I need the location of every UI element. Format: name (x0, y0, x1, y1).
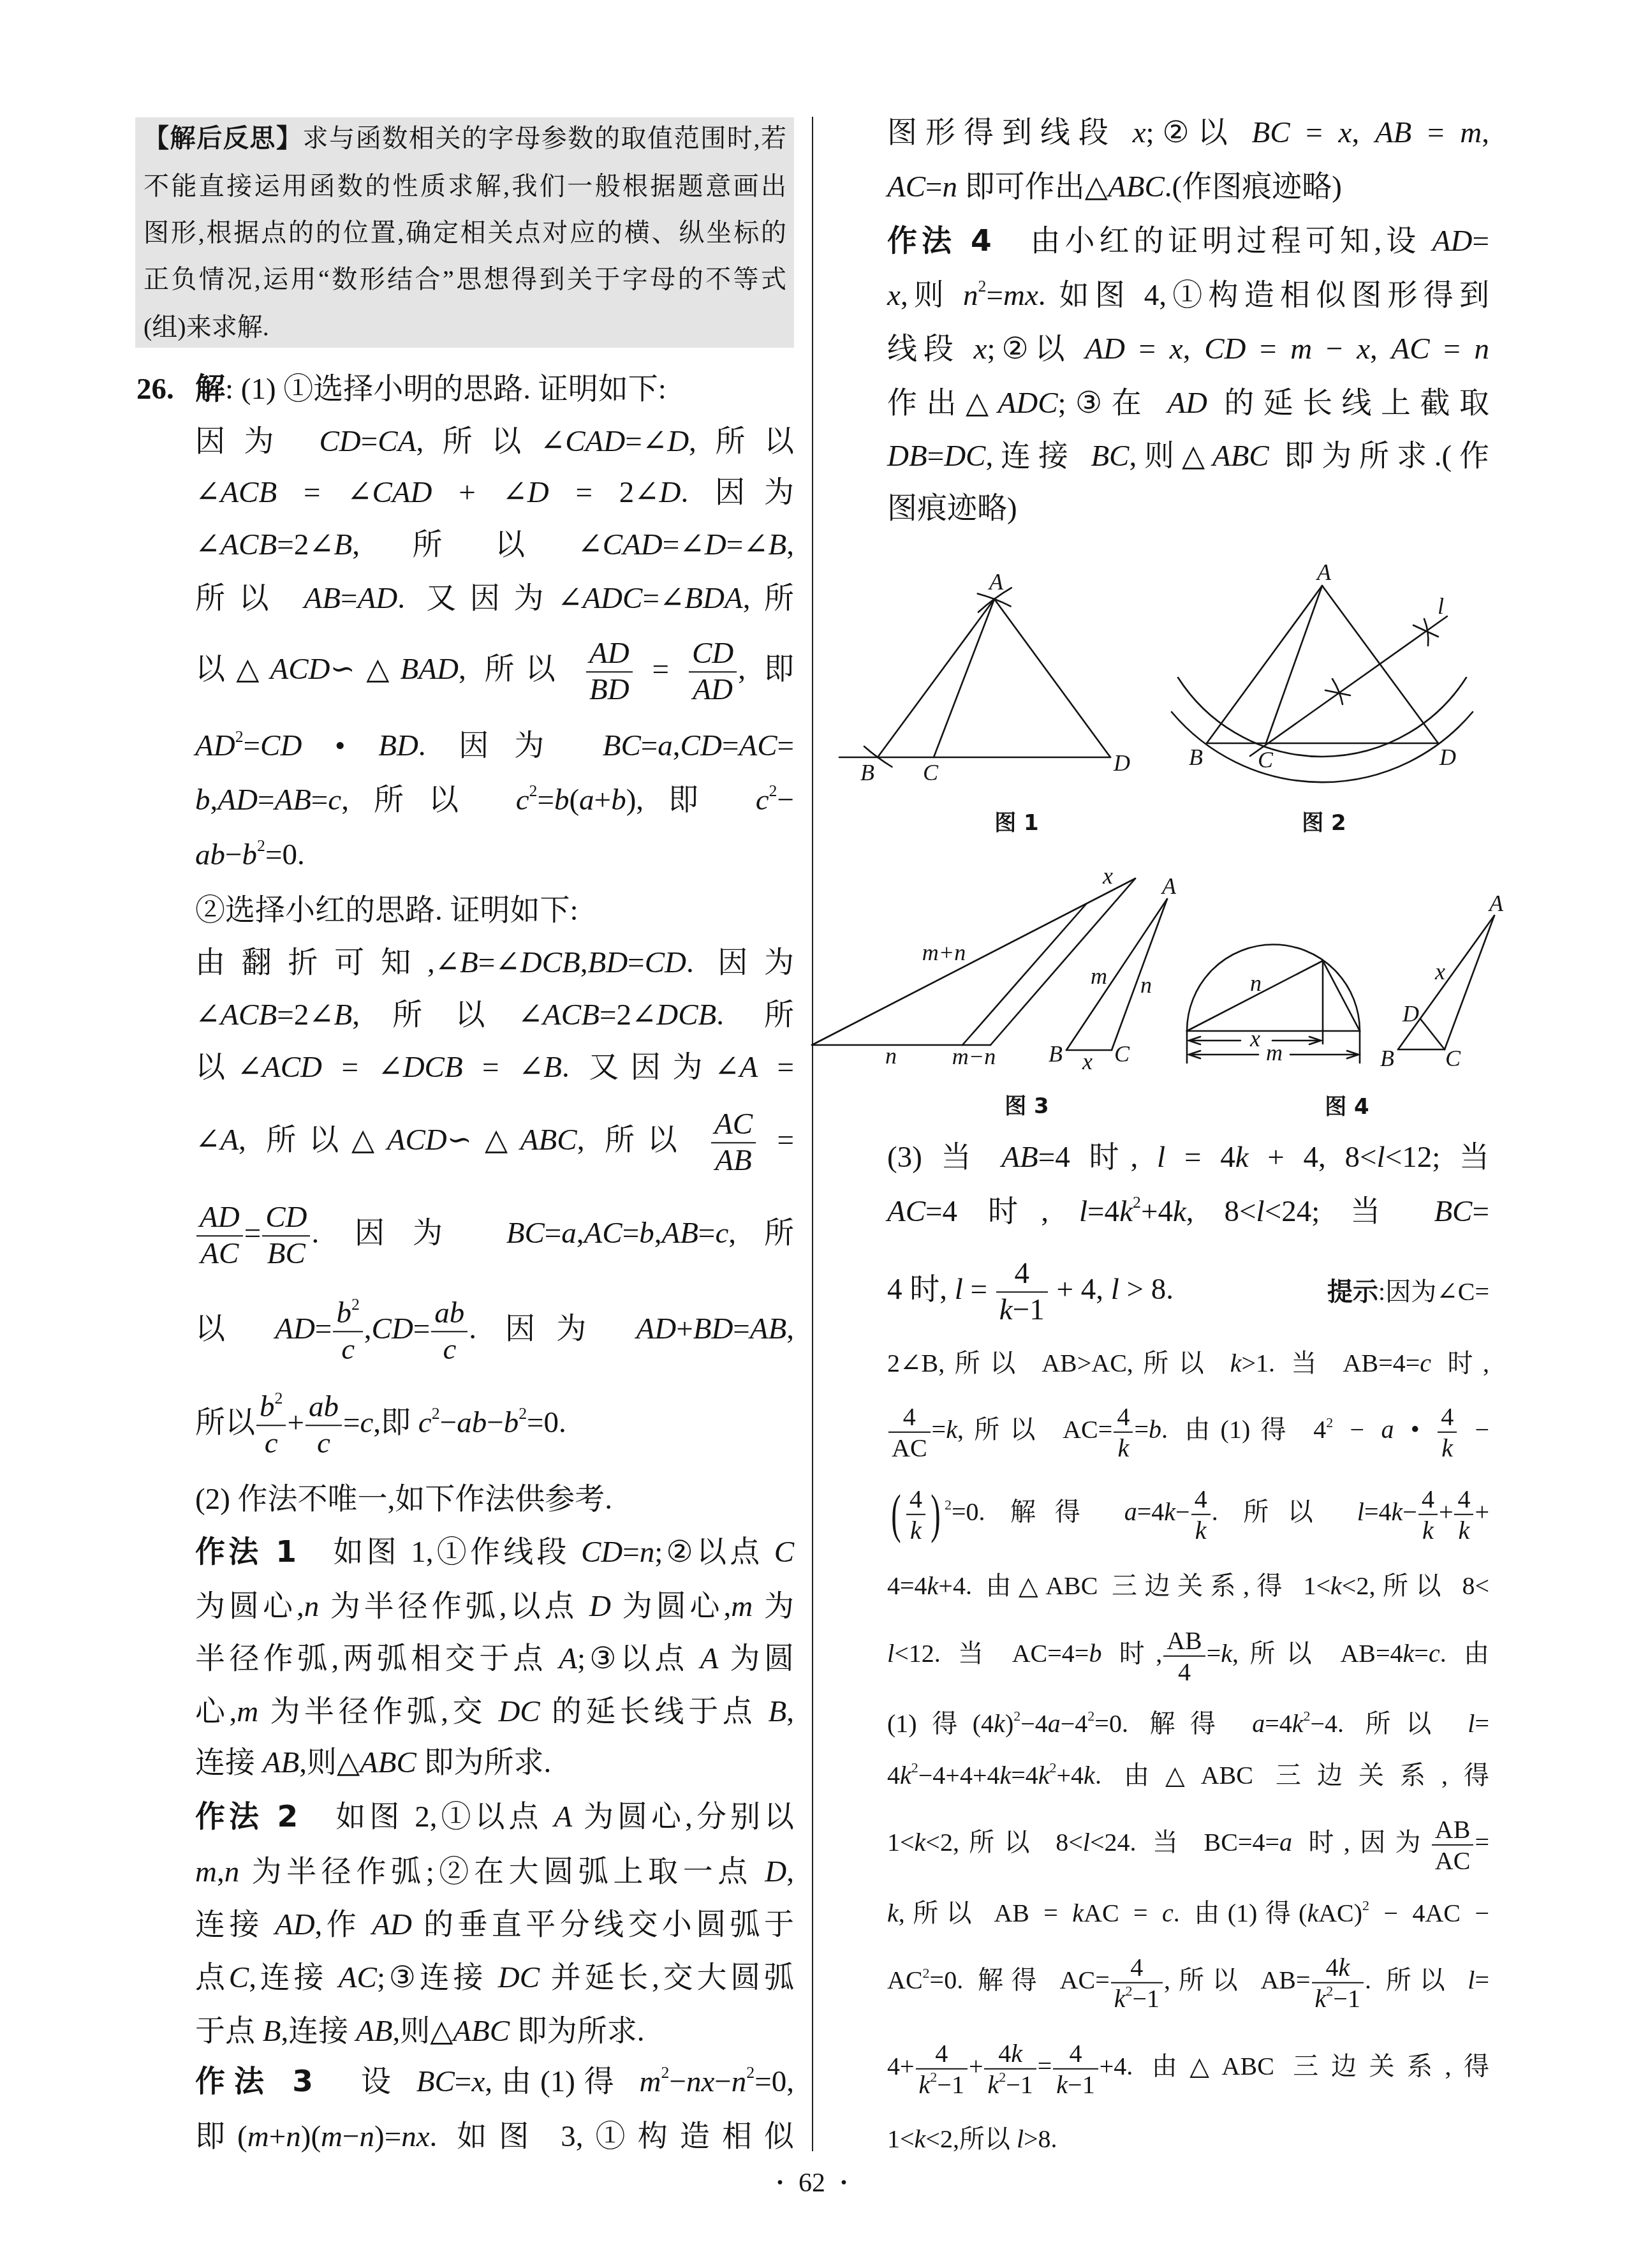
hint-line: 4+4k2−1+4kk2−1=4k−1+4. 由△ABC 三边关系,得 (887, 2040, 1489, 2098)
hint-lead: 提示:因为∠C= (1327, 1277, 1489, 1307)
point-label: B (1380, 1046, 1394, 1071)
math-variable: B (769, 1695, 787, 1728)
math-variable: AB (750, 1312, 786, 1345)
superscript: 2 (235, 727, 244, 746)
math-variable: B (334, 998, 353, 1032)
math-variable: x (1357, 332, 1370, 366)
fraction-numerator: b2 (333, 1297, 362, 1331)
math-variable: ABC (360, 1746, 416, 1779)
math-variable: c (328, 783, 341, 817)
point-label: A (988, 569, 1004, 595)
math-variable: AC (584, 1217, 622, 1250)
segment-ab (1066, 899, 1167, 1050)
math-variable: c (1429, 1639, 1440, 1668)
math-variable: A (559, 1642, 577, 1675)
math-variable: k (900, 1761, 911, 1790)
math-variable: CD (645, 946, 686, 979)
math-variable: AD (357, 582, 397, 615)
math-variable: k (1119, 1195, 1133, 1228)
math-variable: AC (887, 1966, 923, 1994)
math-variable: BC (416, 2065, 455, 2098)
math-variable: C (229, 1961, 249, 1994)
math-variable: k (910, 1516, 922, 1545)
superscript: 2 (275, 1389, 283, 1407)
figure-1: A B C D (839, 569, 1130, 785)
math-variable: n (732, 2065, 747, 2098)
math-variable: a (1252, 1709, 1265, 1738)
math-variable: CD (260, 729, 302, 762)
point-label: C (1258, 747, 1274, 773)
fraction-denominator: AC (888, 1432, 931, 1462)
math-variable: b (554, 783, 570, 817)
hint-line: AC2=0. 解得 AC=4k2−1,所以 AB=4kk2−1. 所以 l= (887, 1953, 1489, 2012)
text-line: 因为 CD=CA,所以∠CAD=∠D,所以 (195, 424, 794, 459)
math-variable: k (1056, 2070, 1068, 2099)
bold-label: 作法 2 (195, 1799, 298, 1834)
math-variable: l (1083, 1828, 1090, 1857)
point-label: C (1114, 1041, 1130, 1067)
math-variable: ADC (582, 582, 642, 615)
math-variable: AC (1318, 1899, 1354, 1927)
fraction-denominator: AC (196, 1235, 243, 1270)
point-label: B (860, 760, 874, 785)
superscript: 2 (519, 1404, 527, 1423)
math-variable: k (987, 2070, 999, 2099)
text-line: ∠ACB=2∠B,所以∠CAD=∠D=∠B, (195, 527, 794, 563)
fraction-denominator: k2−1 (984, 2068, 1036, 2098)
math-variable: AD (637, 1312, 677, 1345)
math-variable: DC (498, 1695, 540, 1728)
math-variable: m (247, 2120, 269, 2153)
fraction: 4k−1 (996, 1257, 1048, 1326)
fraction-denominator: c (256, 1425, 286, 1460)
fraction-denominator: AC (1432, 1844, 1474, 1874)
point-label: D (1113, 750, 1130, 776)
math-variable: nx (401, 2120, 429, 2153)
math-variable: ACD (270, 653, 330, 686)
math-variable: k (887, 1899, 899, 1927)
math-variable: l (887, 1639, 894, 1668)
superscript: 2 (257, 836, 265, 855)
math-variable: c (756, 783, 769, 817)
text-line: 由翻折可知,∠B=∠DCB,BD=CD. 因为 (195, 945, 794, 981)
text-line: 作法 1 如图 1,①作线段 CD=n;②以点 C (195, 1534, 794, 1570)
math-variable: l (1017, 2124, 1024, 2153)
superscript: 2 (1326, 1983, 1333, 1999)
fraction: 4k (1438, 1403, 1457, 1462)
fraction-denominator: c (306, 1425, 342, 1460)
math-variable: CD (681, 729, 722, 762)
math-variable: AB (274, 783, 311, 817)
math-variable: k (946, 1415, 957, 1444)
math-variable: a (1124, 1497, 1137, 1526)
math-variable: ADC (998, 387, 1058, 420)
reflection-line: 【解后反思】求与函数相关的字母参数的取值范围时,若 (144, 123, 786, 154)
math-variable: DB (887, 440, 927, 473)
text-line: x,则 n2=mx. 如图 4,①构造相似图形得到 (887, 278, 1489, 313)
math-variable: ACD (387, 1123, 447, 1157)
segment-ac (1266, 586, 1322, 743)
math-variable: ABC (1222, 2052, 1274, 2080)
hint-line: 4k2−4+4+4k=4k2+4k. 由△ABC 三边关系,得 (887, 1760, 1489, 1791)
answer-bc: 4 时, l = 4k−1 + 4, l > 8. (887, 1257, 1174, 1326)
reflection-line: 正负情况,运用“数形结合”思想得到关于字母的不等式 (144, 264, 786, 295)
fraction-denominator: k−1 (1053, 2068, 1098, 2098)
math-variable: l (1256, 1195, 1265, 1228)
math-variable: x (1339, 116, 1352, 149)
text-line: 作法 3 设 BC=x,由(1)得 m2−nx−n2=0, (195, 2064, 794, 2100)
hint-line: (1)得(4k)2−4a−42=0. 解得 a=4k2−4. 所以 l= (887, 1708, 1489, 1739)
math-variable: ABC (1108, 170, 1165, 204)
text-line: AC=n 即可作出△ABC.(作图痕迹略) (887, 169, 1489, 205)
fraction-denominator: c (333, 1331, 362, 1366)
segment-ab (1207, 586, 1322, 743)
fraction-denominator: k2−1 (1111, 1982, 1163, 2012)
math-variable: x (471, 2065, 485, 2098)
fraction-numerator: CD (689, 637, 737, 671)
text-line: 半径作弧,两弧相交于点 A;③以点 A 为圆 (195, 1641, 794, 1677)
hint-line: l<12. 当 AC=4=b 时,AB4=k,所以 AB=4k=c. 由 (887, 1627, 1489, 1686)
segment-label: n (885, 1043, 897, 1069)
math-variable: AC (1084, 1899, 1119, 1927)
math-variable: AC (1091, 1349, 1127, 1377)
fraction: 4kk2−1 (1312, 1953, 1364, 2012)
fraction: b2c (333, 1297, 362, 1366)
segment-parallel (990, 878, 1135, 1045)
math-variable: BC (603, 729, 641, 762)
math-variable: C (774, 1536, 794, 1569)
fraction-numerator: 4 (1418, 1485, 1438, 1514)
superscript: 2 (432, 1404, 440, 1423)
math-variable: n (1474, 332, 1489, 366)
math-variable: B (922, 1349, 939, 1377)
math-variable: BDA (684, 582, 742, 615)
text-line: DB=DC,连接 BC,则△ABC 即为所求.(作 (887, 438, 1489, 474)
question-number: 26. (136, 371, 174, 407)
math-variable: m (1460, 116, 1482, 149)
fraction: 4k2−1 (916, 2040, 968, 2098)
text-line: 线段 x;②以 AD = x, CD = m − x, AC = n (887, 331, 1489, 367)
math-variable: B (334, 528, 353, 561)
superscript: 2 (1303, 1708, 1310, 1724)
math-variable: c (516, 783, 529, 817)
segment-ad (994, 599, 1110, 757)
fraction: CDAD (689, 637, 737, 706)
bold-label: 作法 1 (195, 1534, 297, 1569)
math-variable: AC (1063, 1415, 1098, 1444)
math-variable: m (237, 1695, 258, 1728)
text-line: (3) 当 AB=4 时, l = 4k + 4, 8<l<12; 当 (887, 1139, 1489, 1175)
superscript: 2 (930, 2069, 937, 2085)
math-variable: k (915, 2124, 926, 2153)
superscript: 2 (1050, 1760, 1057, 1775)
text-line: b,AD=AB=c,所以 c2=b(a+b),即 c2− (195, 782, 794, 818)
point-label: B (1049, 1041, 1063, 1067)
math-variable: k (1084, 1761, 1095, 1790)
math-variable: AD (275, 1312, 315, 1345)
math-variable: c (1162, 1899, 1174, 1927)
figure-caption: 图 3 (1005, 1088, 1049, 1120)
math-variable: ACB (220, 528, 277, 561)
math-variable: AD (200, 1201, 240, 1234)
math-variable: AB (356, 2015, 392, 2048)
fraction-numerator: 4k (984, 2040, 1036, 2068)
big-parenthesis: ( (891, 1488, 901, 1541)
perpendicular-bisector-l (1250, 616, 1447, 756)
point-label: C (923, 760, 939, 785)
math-variable: BD (587, 946, 628, 979)
page-number-dot: · (776, 2168, 784, 2198)
math-variable: AB (1340, 1639, 1376, 1668)
math-variable: k (1392, 1497, 1403, 1526)
math-variable: k (1330, 1571, 1342, 1600)
text-line: 以 AD=b2c,CD=abc. 因为 AD+BD=AB, (195, 1297, 794, 1366)
math-variable: b (260, 1390, 275, 1423)
math-variable: AB (1260, 1966, 1296, 1994)
fraction-denominator: BC (262, 1235, 310, 1270)
superscript: 2 (1013, 1708, 1020, 1724)
math-variable: k (1221, 1639, 1232, 1668)
fraction-numerator: 4 (1114, 1403, 1133, 1432)
chord (1323, 961, 1360, 1031)
point-label: A (1161, 873, 1177, 899)
math-variable: BC (267, 1237, 306, 1270)
math-variable: AC (200, 1237, 239, 1270)
text-line: 连接 AB,则△ABC 即为所求. (195, 1745, 794, 1781)
math-variable: c (418, 1406, 432, 1439)
text-line: m,n 为半径作弧;②在大圆弧上取一点 D, (195, 1854, 794, 1890)
fraction-numerator: AD (586, 637, 633, 671)
math-variable: AB (1375, 116, 1411, 149)
math-variable: x (1133, 116, 1146, 149)
math-variable: AB (1167, 1626, 1202, 1655)
math-variable: AD (275, 1908, 315, 1941)
segment-dc (1420, 1019, 1445, 1049)
math-variable: DC (944, 440, 985, 473)
math-variable: a (1279, 1828, 1292, 1857)
math-variable: a (1381, 1415, 1394, 1444)
math-variable: AB (994, 1899, 1029, 1927)
text-line: 心,m 为半径作弧,交 DC 的延长线于点 B, (195, 1694, 794, 1730)
math-variable: l (1157, 1141, 1165, 1174)
math-variable: D (589, 1590, 611, 1623)
fraction: b2c (256, 1391, 286, 1460)
math-variable: DCB (520, 946, 580, 979)
figure-caption: 图 4 (1325, 1089, 1369, 1120)
segment-label: m (1266, 1040, 1283, 1065)
superscript: 2 (911, 1760, 918, 1775)
text-line: ab−b2=0. (195, 837, 794, 873)
math-variable: b (611, 783, 626, 817)
fraction-numerator: AB (1432, 1816, 1474, 1844)
math-variable: ABC (453, 2015, 510, 2048)
segment-label: n (1250, 970, 1262, 996)
math-variable: ACD (262, 1051, 322, 1084)
fraction: AB4 (1163, 1627, 1205, 1686)
segment-label: m−n (952, 1044, 996, 1069)
fraction: 4k (906, 1485, 925, 1544)
fraction-numerator: AB (1163, 1627, 1205, 1656)
math-variable: BC (506, 1217, 545, 1250)
math-variable: D (527, 476, 549, 509)
geometry-figures: A B C D A B C D l (797, 523, 1505, 1136)
math-variable: ABC (1045, 1571, 1098, 1600)
math-variable: k (1307, 1899, 1318, 1927)
math-variable: A (700, 1642, 719, 1675)
text-line: 即(m+n)(m−n)=nx. 如图 3,①构造相似 (195, 2119, 794, 2154)
figure-caption: 图 2 (1302, 805, 1346, 836)
math-variable: x (1170, 332, 1183, 366)
fraction: 4kk2−1 (984, 2040, 1036, 2098)
math-variable: x (887, 279, 901, 312)
math-variable: BC (1091, 440, 1129, 473)
math-variable: ab (457, 1406, 487, 1439)
math-variable: c (715, 1217, 728, 1250)
math-variable: BC (1251, 116, 1290, 149)
math-variable: B (460, 946, 478, 979)
math-variable: k (1117, 1434, 1129, 1462)
text-line: ∠ACB=2∠B,所以∠ACB=2∠DCB. 所 (195, 997, 794, 1033)
point-label: B (1189, 745, 1203, 770)
math-variable: k (994, 1709, 1005, 1738)
fraction-numerator: ab (306, 1391, 342, 1425)
fraction: 4k (1191, 1485, 1211, 1544)
math-variable: x (974, 332, 987, 366)
fraction-denominator: k (906, 1514, 925, 1544)
math-variable: CD (581, 1536, 622, 1569)
math-variable: AB (1435, 1815, 1471, 1844)
hint-line: (4k)2=0. 解得 a=4k−4k. 所以 l=4k−4k+4k+ (887, 1485, 1489, 1544)
math-variable: CD (692, 637, 733, 670)
math-variable: ACB (220, 476, 277, 509)
superscript: 2 (1133, 1193, 1141, 1212)
figure-3: x m+n n m−n A m n B x C (812, 863, 1177, 1074)
math-variable: l (1468, 1709, 1475, 1738)
math-variable: AC (714, 1108, 753, 1141)
segment-ac (1445, 915, 1494, 1049)
math-variable: k (1403, 1639, 1415, 1668)
math-variable: AD (693, 673, 733, 706)
math-variable: AC (892, 1434, 927, 1462)
fraction-numerator: 4 (916, 2040, 968, 2068)
math-variable: k (1235, 1141, 1249, 1174)
math-variable: a (658, 729, 673, 762)
hint-line: 1<k<2,所以 8<l<24. 当 BC=4=a 时,因为ABAC= (887, 1816, 1489, 1874)
math-variable: AB (715, 1144, 751, 1177)
math-variable: b (639, 1217, 654, 1250)
text-line: 所以 AB=AD. 又因为∠ADC=∠BDA,所 (195, 581, 794, 616)
math-variable: n (943, 170, 958, 204)
math-variable: AB (263, 1746, 299, 1779)
math-variable: AD (589, 637, 629, 670)
math-variable: AD (1085, 332, 1125, 366)
math-variable: k (1195, 1516, 1207, 1545)
point-label: D (1402, 1001, 1419, 1027)
bold-label: 提示 (1327, 1277, 1378, 1307)
superscript: 2 (529, 782, 538, 800)
segment-label: x (1082, 1049, 1093, 1074)
text-line: 解: (1) ①选择小明的思路. 证明如下: (195, 371, 794, 407)
math-variable: CD (265, 1201, 307, 1234)
point-label: D (1439, 745, 1456, 770)
math-variable: AD (372, 1908, 412, 1941)
superscript: 2 (1125, 1983, 1132, 1999)
math-variable: k (1459, 1516, 1470, 1545)
fraction-numerator: AD (196, 1201, 243, 1235)
math-variable: BC (1434, 1195, 1472, 1228)
math-variable: k (915, 1828, 926, 1857)
math-variable: a (579, 783, 594, 817)
text-line: ∠A, 所以△ACD∽△ABC, 所以 ACAB = (195, 1108, 794, 1177)
fraction: CDBC (262, 1201, 310, 1270)
fraction-numerator: CD (262, 1201, 310, 1235)
math-variable: l (1468, 1966, 1475, 1994)
math-variable: ab (195, 838, 225, 871)
text-line: 以△ACD∽△BAD, 所以 ADBD = CDAD, 即 (195, 637, 794, 706)
math-variable: B (769, 528, 787, 561)
math-variable: AC (339, 1961, 377, 1994)
text-line: 作出△ADC;③在 AD 的延长线上截取 (887, 385, 1489, 421)
math-variable: n (286, 2120, 301, 2153)
text-line: ADAC=CDBC. 因为 BC=a,AC=b,AB=c,所 (195, 1201, 794, 1270)
math-variable: CAD (603, 528, 663, 561)
math-variable: l (955, 1273, 963, 1306)
math-variable: a (561, 1217, 577, 1250)
text-line: ∠ACB = ∠CAD + ∠D = 2∠D. 因为 (195, 475, 794, 510)
figure-4: n x m A x D B C (1187, 891, 1504, 1071)
line-label: l (1438, 593, 1444, 619)
math-variable: k (1038, 1761, 1050, 1790)
math-variable: n (225, 1855, 240, 1888)
math-variable: nx (686, 2065, 714, 2098)
math-variable: n (360, 2120, 375, 2153)
segment-label: m+n (922, 940, 966, 965)
fraction-denominator: AB (711, 1142, 756, 1177)
superscript: 2 (999, 2069, 1006, 2085)
superscript: 2 (1087, 1708, 1094, 1724)
math-variable: AB (1001, 1141, 1038, 1174)
text-line: AD2=CD • BD. 因为 BC=a,CD=AC= (195, 728, 794, 764)
segment-ac (1112, 899, 1167, 1050)
fraction: 4k (1454, 1485, 1473, 1544)
math-variable: ab (309, 1390, 339, 1423)
math-variable: b (504, 1406, 519, 1439)
fraction-numerator: 4 (888, 1403, 931, 1432)
math-variable: AB (661, 1217, 698, 1250)
reflection-line: (组)来求解. (144, 312, 786, 343)
math-variable: CD (320, 425, 361, 458)
math-variable: b (242, 838, 258, 871)
math-variable: l (1111, 1273, 1119, 1306)
math-variable: k (927, 1571, 939, 1600)
math-variable: AD (1167, 387, 1207, 420)
superscript: 2 (1362, 1897, 1369, 1913)
superscript: 2 (661, 2063, 669, 2082)
bold-label: 解 (195, 371, 225, 406)
segment-label: x (1102, 863, 1113, 889)
fraction-denominator: k (1454, 1514, 1473, 1544)
fraction-numerator: 4 (1111, 1953, 1163, 1982)
math-variable: k (1315, 1984, 1327, 2013)
math-variable: B (543, 1051, 562, 1084)
math-variable: AC (887, 1195, 925, 1228)
fraction-numerator: 4 (1454, 1485, 1473, 1514)
math-variable: D (705, 528, 726, 561)
math-variable: l (1357, 1497, 1364, 1526)
math-variable: k (1072, 1899, 1084, 1927)
superscript: 2 (351, 1295, 360, 1314)
text-line: 为圆心,n 为半径作弧,以点 D 为圆心,m 为 (195, 1589, 794, 1624)
